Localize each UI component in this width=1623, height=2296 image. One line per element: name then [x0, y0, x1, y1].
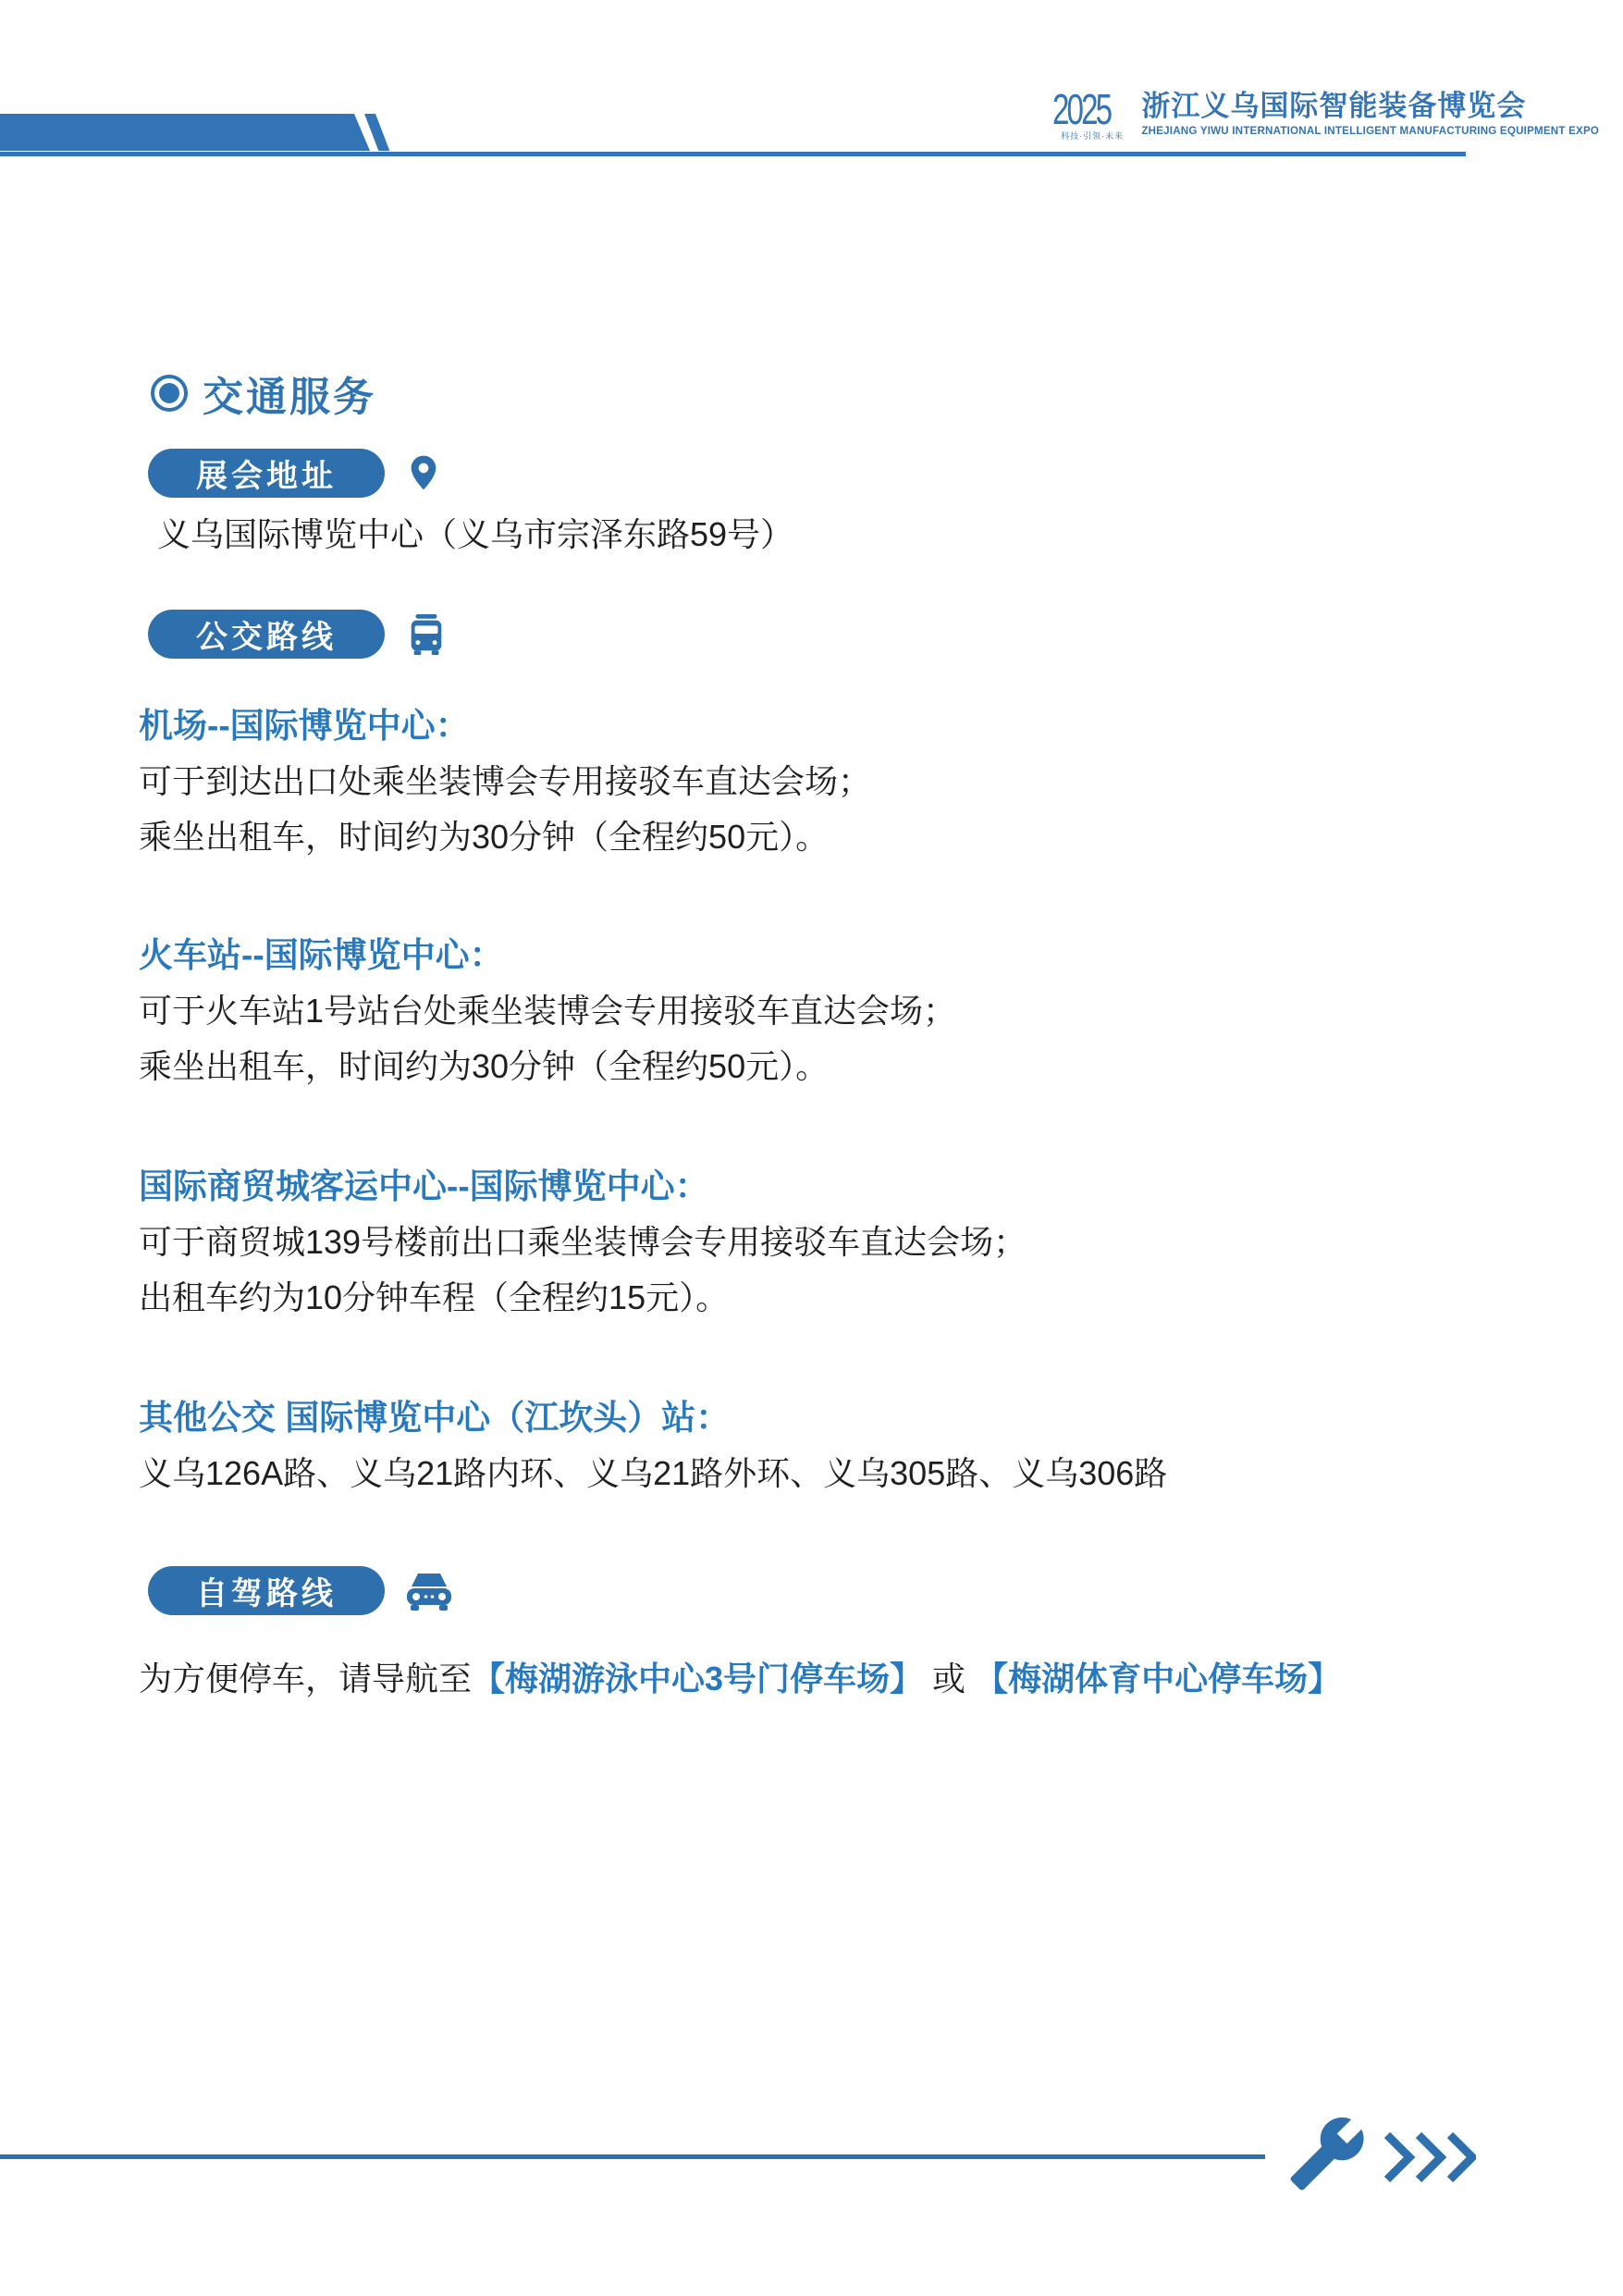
- route-line: 义乌126A路、义乌21路内环、义乌21路外环、义乌305路、义乌306路: [139, 1446, 1167, 1501]
- self-drive-badge: 自驾路线: [148, 1566, 385, 1615]
- bus-badge-row: 公交路线: [148, 610, 448, 659]
- logo-title-en: ZHEJIANG YIWU INTERNATIONAL INTELLIGENT …: [1141, 125, 1599, 137]
- location-pin-icon: [405, 448, 442, 498]
- logo-year: 2025: [1052, 91, 1110, 128]
- address-badge-row: 展会地址: [148, 448, 442, 498]
- route-heading: 机场--国际博览中心：: [139, 698, 871, 754]
- route-line: 可于到达出口处乘坐装博会专用接驳车直达会场；: [139, 754, 871, 809]
- parking-prefix: 为方便停车，请导航至: [139, 1660, 472, 1697]
- route-line: 出租车约为10分钟车程（全程约15元）。: [139, 1270, 1027, 1326]
- chevrons-right-icon: [1382, 2131, 1476, 2188]
- parking-instruction: 为方便停车，请导航至【梅湖游泳中心3号门停车场】或【梅湖体育中心停车场】: [139, 1653, 1341, 1705]
- route-airport: 机场--国际博览中心： 可于到达出口处乘坐装博会专用接驳车直达会场； 乘坐出租车…: [139, 698, 871, 865]
- route-line: 可于商贸城139号楼前出口乘坐装博会专用接驳车直达会场；: [139, 1215, 1027, 1270]
- parking-lot-1: 【梅湖游泳中心3号门停车场】: [472, 1660, 923, 1697]
- parking-lot-2: 【梅湖体育中心停车场】: [975, 1660, 1341, 1697]
- route-line: 乘坐出租车，时间约为30分钟（全程约50元）。: [139, 1039, 956, 1094]
- expo-logo: 2025 科技·引领·未来 浙江义乌国际智能装备博览会 ZHEJIANG YIW…: [1052, 91, 1599, 142]
- route-other-buses: 其他公交 国际博览中心（江坎头）站： 义乌126A路、义乌21路内环、义乌21路…: [139, 1390, 1167, 1501]
- section-title-text: 交通服务: [203, 364, 376, 423]
- logo-title-block: 浙江义乌国际智能装备博览会 ZHEJIANG YIWU INTERNATIONA…: [1141, 91, 1599, 137]
- header-bar: [0, 114, 370, 151]
- route-heading: 其他公交 国际博览中心（江坎头）站：: [139, 1390, 1167, 1446]
- bus-icon: [405, 611, 448, 659]
- logo-title-cn: 浙江义乌国际智能装备博览会: [1141, 91, 1599, 122]
- route-trade-city: 国际商贸城客运中心--国际博览中心： 可于商贸城139号楼前出口乘坐装博会专用接…: [139, 1159, 1027, 1326]
- car-icon: [405, 1570, 453, 1612]
- venue-address: 义乌国际博览中心（义乌市宗泽东路59号）: [157, 507, 793, 562]
- bullet-icon: [151, 375, 188, 412]
- bus-routes-badge: 公交路线: [148, 610, 385, 659]
- wrench-icon: [1287, 2114, 1367, 2198]
- route-train-station: 火车站--国际博览中心： 可于火车站1号站台处乘坐装博会专用接驳车直达会场； 乘…: [139, 928, 956, 1094]
- route-line: 可于火车站1号站台处乘坐装博会专用接驳车直达会场；: [139, 983, 956, 1039]
- header-rule: [0, 152, 1466, 156]
- route-line: 乘坐出租车，时间约为30分钟（全程约50元）。: [139, 809, 871, 865]
- route-heading: 国际商贸城客运中心--国际博览中心：: [139, 1159, 1027, 1215]
- drive-badge-row: 自驾路线: [148, 1566, 453, 1615]
- address-badge: 展会地址: [148, 449, 385, 498]
- page: 2025 科技·引领·未来 浙江义乌国际智能装备博览会 ZHEJIANG YIW…: [0, 0, 1623, 2296]
- parking-connector: 或: [932, 1660, 965, 1697]
- route-heading: 火车站--国际博览中心：: [139, 928, 956, 983]
- footer-rule: [0, 2154, 1265, 2159]
- section-title-traffic-services: 交通服务: [151, 364, 376, 423]
- logo-year-block: 2025 科技·引领·未来: [1052, 91, 1132, 142]
- header-slash-decoration: [364, 114, 389, 151]
